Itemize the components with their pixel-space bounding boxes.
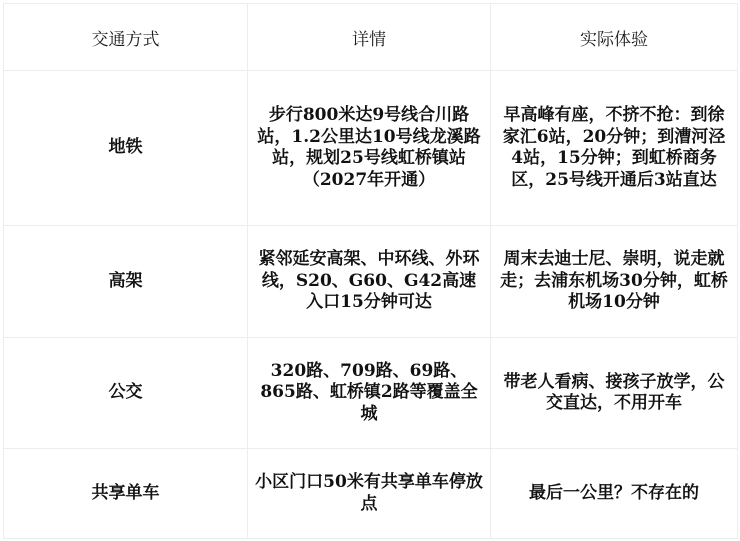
transport-table: 交通方式 详情 实际体验 地铁 步行800米达9号线合川路站，1.2公里达10号… bbox=[3, 3, 738, 539]
cell-experience: 周末去迪士尼、崇明，说走就走；去浦东机场30分钟，虹桥机场10分钟 bbox=[491, 226, 738, 338]
cell-experience: 最后一公里？不存在的 bbox=[491, 449, 738, 539]
header-transport-mode: 交通方式 bbox=[4, 4, 248, 71]
table-row: 公交 320路、709路、69路、865路、虹桥镇2路等覆盖全城 带老人看病、接… bbox=[4, 338, 738, 449]
cell-details: 步行800米达9号线合川路站，1.2公里达10号线龙溪路站，规划25号线虹桥镇站… bbox=[248, 71, 491, 226]
cell-details: 紧邻延安高架、中环线、外环线，S20、G60、G42高速入口15分钟可达 bbox=[248, 226, 491, 338]
cell-mode: 公交 bbox=[4, 338, 248, 449]
cell-mode: 高架 bbox=[4, 226, 248, 338]
cell-mode: 地铁 bbox=[4, 71, 248, 226]
table-row: 高架 紧邻延安高架、中环线、外环线，S20、G60、G42高速入口15分钟可达 … bbox=[4, 226, 738, 338]
cell-mode: 共享单车 bbox=[4, 449, 248, 539]
cell-experience: 早高峰有座，不挤不抢：到徐家汇6站，20分钟；到漕河泾4站，15分钟；到虹桥商务… bbox=[491, 71, 738, 226]
table-row: 地铁 步行800米达9号线合川路站，1.2公里达10号线龙溪路站，规划25号线虹… bbox=[4, 71, 738, 226]
table-container: 交通方式 详情 实际体验 地铁 步行800米达9号线合川路站，1.2公里达10号… bbox=[3, 3, 738, 539]
cell-details: 小区门口50米有共享单车停放点 bbox=[248, 449, 491, 539]
table-row: 共享单车 小区门口50米有共享单车停放点 最后一公里？不存在的 bbox=[4, 449, 738, 539]
cell-experience: 带老人看病、接孩子放学，公交直达，不用开车 bbox=[491, 338, 738, 449]
table-header-row: 交通方式 详情 实际体验 bbox=[4, 4, 738, 71]
header-details: 详情 bbox=[248, 4, 491, 71]
cell-details: 320路、709路、69路、865路、虹桥镇2路等覆盖全城 bbox=[248, 338, 491, 449]
header-experience: 实际体验 bbox=[491, 4, 738, 71]
